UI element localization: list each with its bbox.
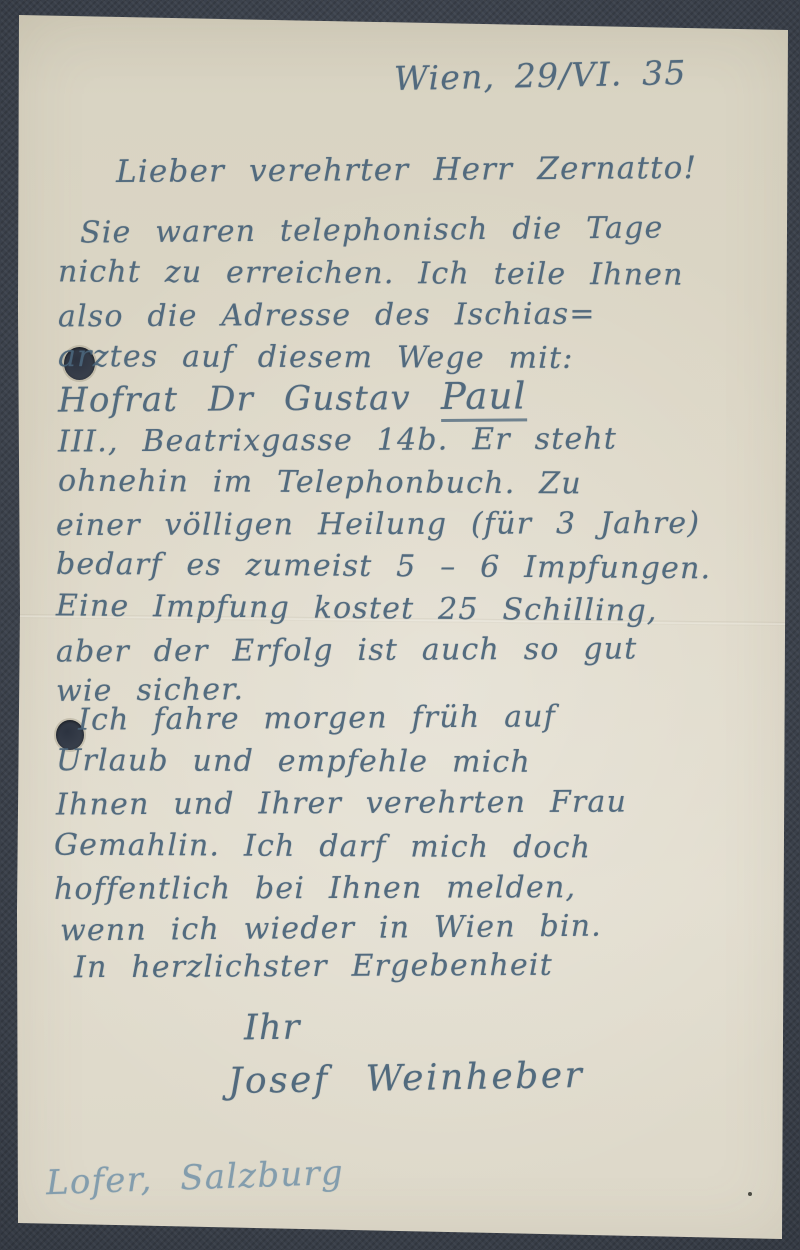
location-note: Lofer, Salzburg (45, 1153, 344, 1203)
letter-line: ohnehin im Telephonbuch. Zu (58, 464, 582, 502)
letter-line: einer völligen Heilung (für 3 Jahre) (56, 506, 700, 543)
letter-line: In herzlichster Ergebenheit (74, 948, 553, 986)
doctor-title-text: Hofrat Dr Gustav (58, 378, 441, 421)
letter-line: Gemahlin. Ich darf mich doch (54, 828, 591, 866)
letter-line: aber der Erfolg ist auch so gut (56, 631, 638, 669)
letter-line: arztes auf diesem Wege mit: (58, 339, 574, 376)
doctor-name-underlined: Paul (441, 374, 527, 422)
letter-line: Ich fahre morgen früh auf (78, 699, 556, 737)
letter-line: Eine Impfung kostet 25 Schilling, (56, 588, 658, 628)
signature: Josef Weinheber (228, 1055, 585, 1102)
letter-line: III., Beatrixgasse 14b. Er steht (58, 422, 617, 460)
letter-line: wenn ich wieder in Wien bin. (60, 909, 602, 949)
letter-line: Sie waren telephonisch die Tage (80, 210, 664, 250)
letter-line: nicht zu erreichen. Ich teile Ihnen (58, 254, 684, 292)
date-line: Wien, 29/VI. 35 (394, 53, 687, 98)
letter-line: Urlaub und empfehle mich (56, 743, 531, 780)
closing-line: Ihr (244, 1008, 301, 1049)
letter-line: Ihnen und Ihrer verehrten Frau (56, 785, 627, 823)
ink-speck (748, 1192, 752, 1196)
doctor-address-line: Hofrat Dr Gustav Paul (58, 374, 527, 420)
letter-line: also die Adresse des Ischias= (58, 297, 596, 335)
photo-background: Wien, 29/VI. 35 Lieber verehrter Herr Ze… (0, 0, 800, 1250)
letter-line: hoffentlich bei Ihnen melden, (54, 870, 576, 907)
salutation-line: Lieber verehrter Herr Zernatto! (116, 150, 698, 190)
letter-paper: Wien, 29/VI. 35 Lieber verehrter Herr Ze… (16, 10, 792, 1244)
letter-line: bedarf es zumeist 5 – 6 Impfungen. (56, 547, 712, 587)
